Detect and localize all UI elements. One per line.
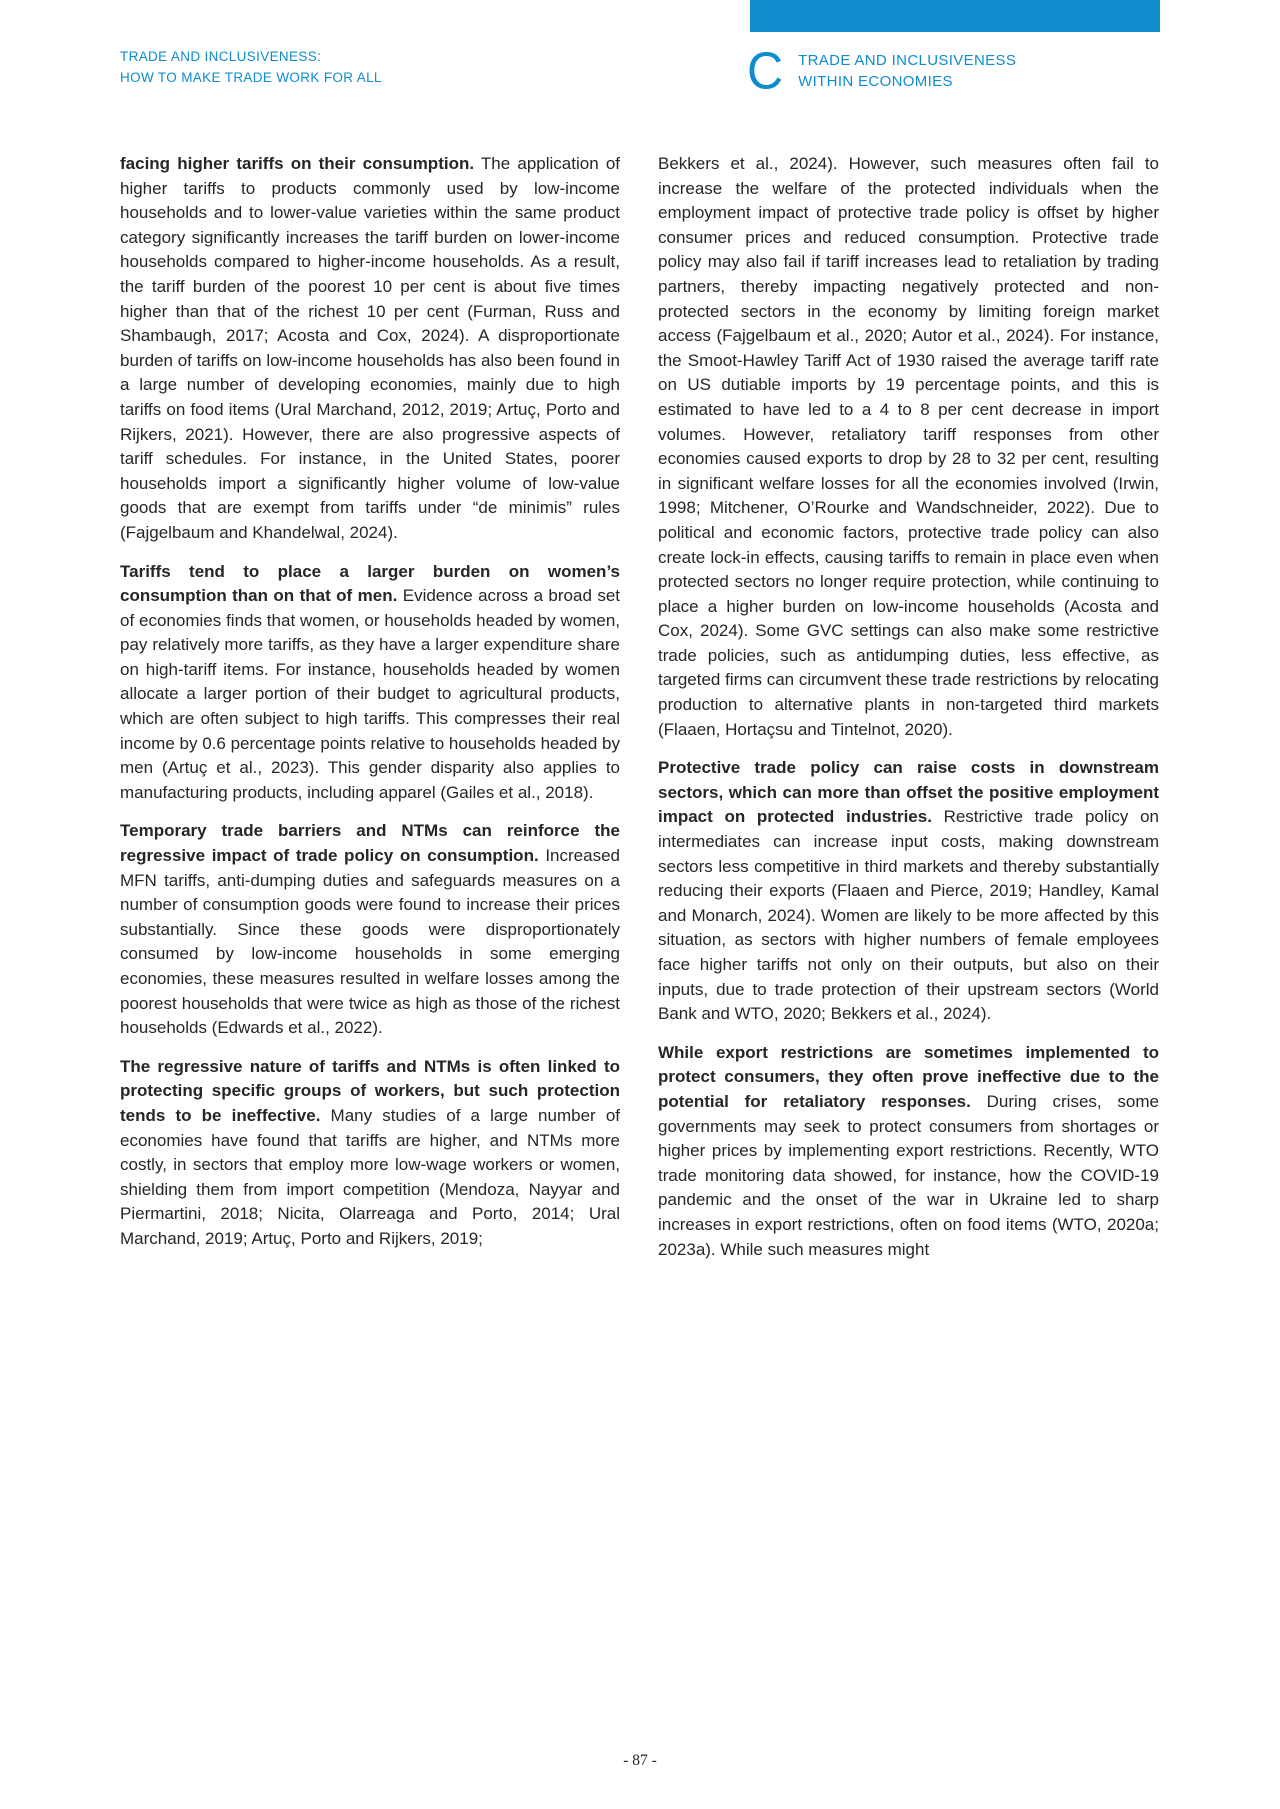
chapter-title-line1: TRADE AND INCLUSIVENESS: [798, 50, 1016, 72]
paragraph-lead: facing higher tariffs on their consumpti…: [120, 154, 474, 173]
paragraph: Protective trade policy can raise costs …: [658, 756, 1159, 1027]
paragraph-body: Evidence across a broad set of economies…: [120, 586, 620, 802]
paragraph: Temporary trade barriers and NTMs can re…: [120, 819, 620, 1040]
chapter-accent-bar: [750, 0, 1160, 32]
left-column: facing higher tariffs on their consumpti…: [120, 152, 620, 1266]
report-title: TRADE AND INCLUSIVENESS: HOW TO MAKE TRA…: [120, 47, 382, 88]
paragraph-body: The application of higher tariffs to pro…: [120, 154, 620, 542]
paragraph: Tariffs tend to place a larger burden on…: [120, 560, 620, 806]
chapter-header: C TRADE AND INCLUSIVENESS WITHIN ECONOMI…: [747, 48, 1016, 94]
paragraph-body: Bekkers et al., 2024). However, such mea…: [658, 154, 1159, 739]
right-column: Bekkers et al., 2024). However, such mea…: [658, 152, 1159, 1276]
paragraph-body: Increased MFN tariffs, anti-dumping duti…: [120, 846, 620, 1037]
report-title-line1: TRADE AND INCLUSIVENESS:: [120, 47, 382, 68]
chapter-title: TRADE AND INCLUSIVENESS WITHIN ECONOMIES: [798, 50, 1016, 93]
page-number: - 87 -: [0, 1752, 1280, 1770]
chapter-letter: C: [747, 47, 783, 95]
paragraph-body: During crises, some governments may seek…: [658, 1092, 1159, 1259]
paragraph: The regressive nature of tariffs and NTM…: [120, 1055, 620, 1252]
report-page: TRADE AND INCLUSIVENESS: HOW TO MAKE TRA…: [0, 0, 1280, 1809]
paragraph-body: Many studies of a large number of econom…: [120, 1106, 620, 1248]
paragraph: facing higher tariffs on their consumpti…: [120, 152, 620, 546]
paragraph: Bekkers et al., 2024). However, such mea…: [658, 152, 1159, 742]
paragraph: While export restrictions are sometimes …: [658, 1041, 1159, 1262]
paragraph-body: Restrictive trade policy on intermediate…: [658, 807, 1159, 1023]
report-title-line2: HOW TO MAKE TRADE WORK FOR ALL: [120, 68, 382, 89]
chapter-title-line2: WITHIN ECONOMIES: [798, 71, 1016, 93]
